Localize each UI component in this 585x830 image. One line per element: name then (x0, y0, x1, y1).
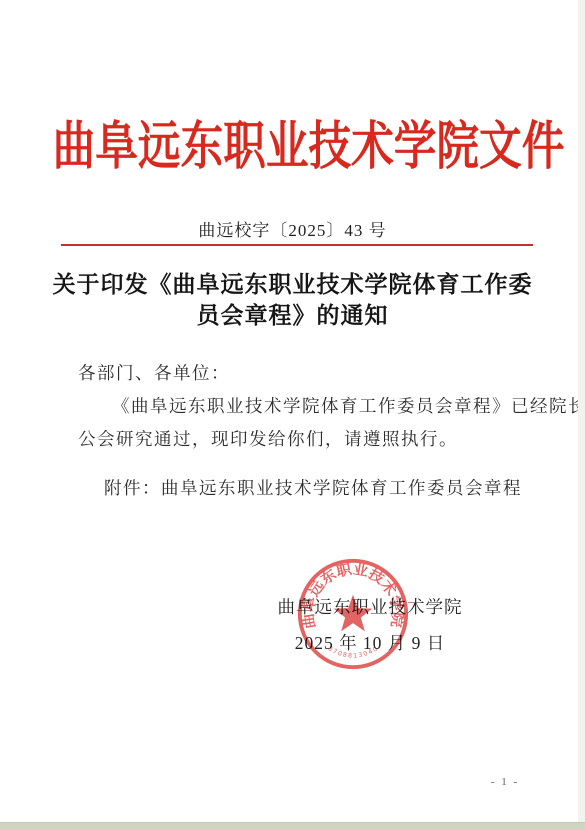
scan-edge-right (578, 0, 585, 830)
red-header-title: 曲阜远东职业技术学院文件 (53, 118, 533, 178)
salutation-line: 各部门、各单位： (78, 361, 530, 385)
signature-date: 2025 年 10 月 9 日 (255, 630, 485, 655)
notice-title: 关于印发《曲阜远东职业技术学院体育工作委 员会章程》的通知 (40, 269, 545, 331)
body-paragraph-line-2: 公会研究通过，现印发给你们，请遵照执行。 (78, 427, 530, 451)
document-number: 曲远校字〔2025〕43 号 (0, 216, 585, 241)
page-number: - 1 - (455, 776, 555, 788)
scan-edge-bottom (0, 822, 585, 830)
notice-title-line-2: 员会章程》的通知 (40, 300, 545, 331)
signature-block: 曲阜远东职业技术学院 2025 年 10 月 9 日 (255, 594, 485, 655)
attachment-line: 附件：曲阜远东职业技术学院体育工作委员会章程 (78, 476, 556, 500)
notice-title-line-1: 关于印发《曲阜远东职业技术学院体育工作委 (40, 269, 545, 300)
body-paragraph-line-1: 《曲阜远东职业技术学院体育工作委员会章程》已经院长办 (78, 394, 564, 418)
red-divider-line (61, 244, 533, 246)
document-page: 曲阜远东职业技术学院文件 曲远校字〔2025〕43 号 关于印发《曲阜远东职业技… (0, 0, 585, 830)
signature-organization: 曲阜远东职业技术学院 (255, 594, 485, 619)
